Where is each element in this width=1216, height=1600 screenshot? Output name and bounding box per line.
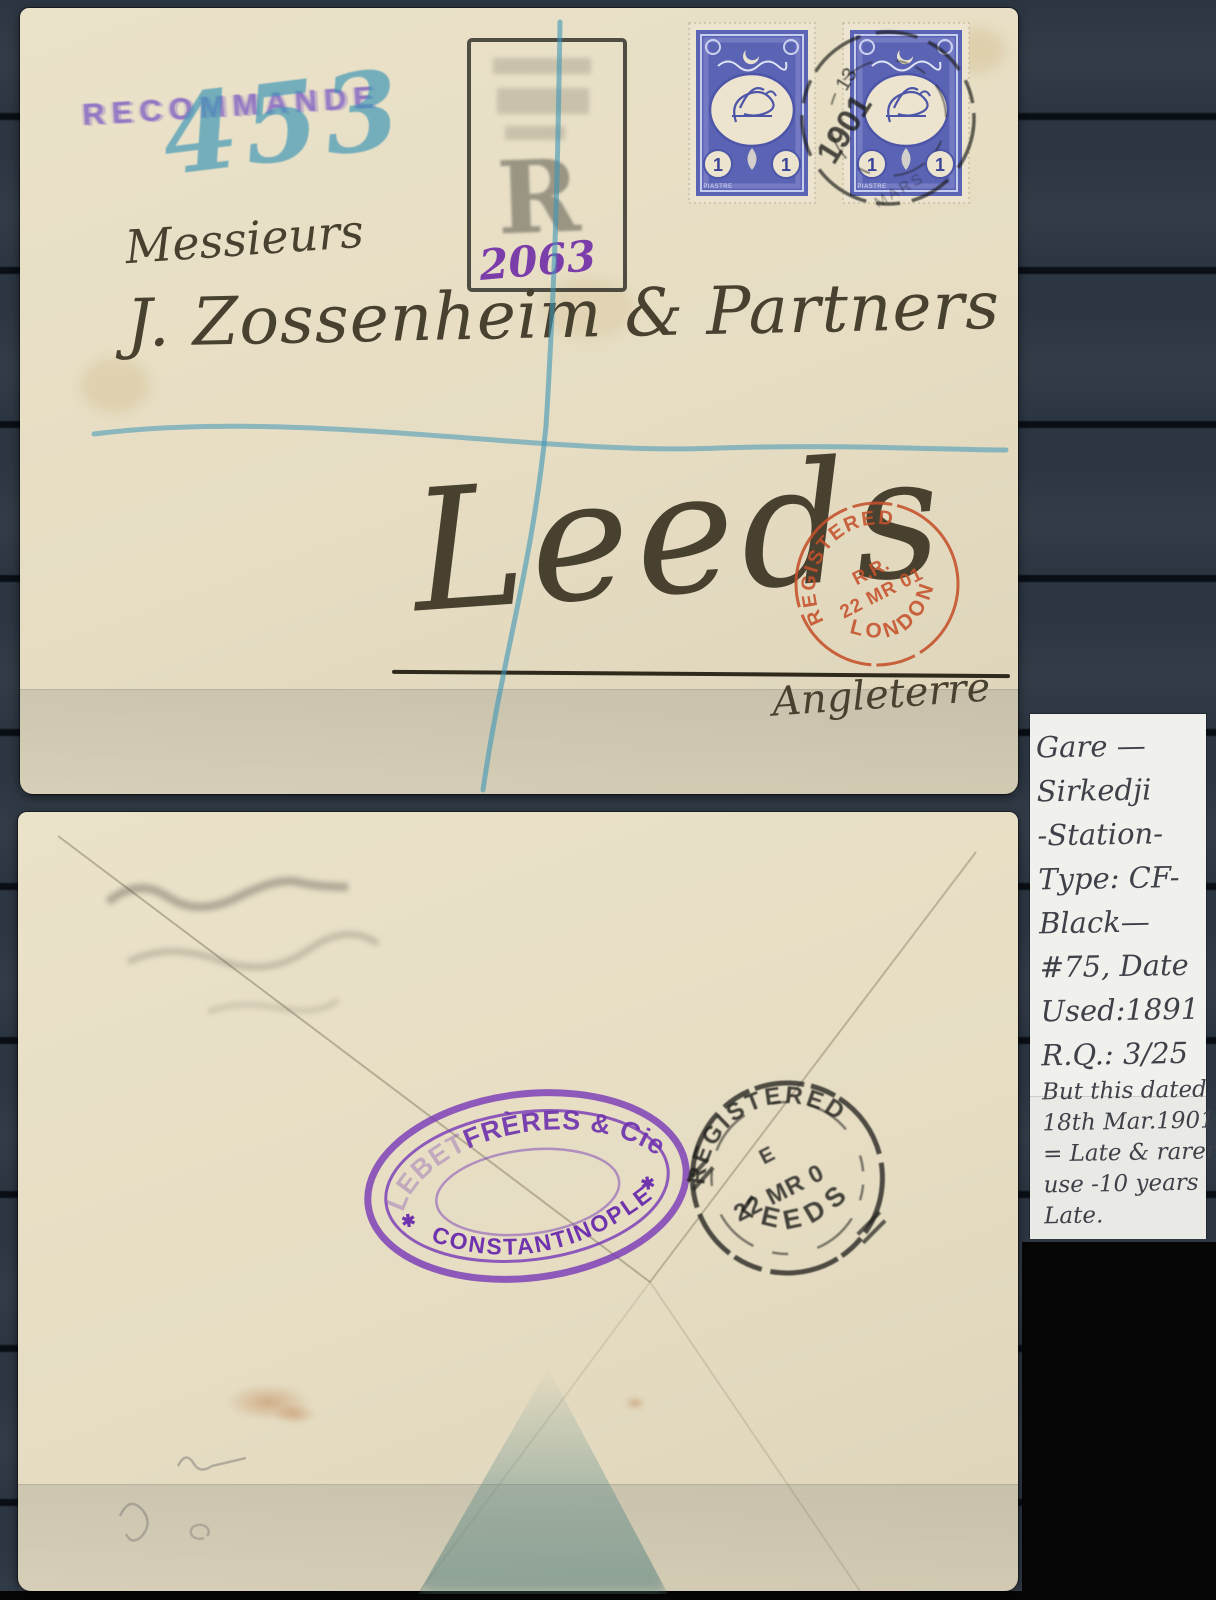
crayon-registration-number: 453	[155, 46, 412, 201]
stamp-pair: 1 1 PIASTRE	[688, 22, 970, 204]
faded-cachet-line	[497, 88, 589, 114]
faded-cachet-line	[493, 58, 591, 74]
svg-text:LEEDS: LEEDS	[734, 1166, 859, 1242]
cds-top-text: REGISTERED	[683, 1073, 853, 1197]
oval-star-left: ✱	[400, 1211, 416, 1232]
note-line: Type: CF-	[1038, 855, 1199, 902]
currency-label: PIASTRE	[857, 184, 886, 190]
rust-spot	[624, 1396, 646, 1410]
addressee-line: J. Zossenheim & Partners	[125, 267, 1000, 362]
oval-faded-word: LEBET	[373, 1126, 477, 1218]
toning-stain	[80, 358, 150, 413]
denomination: 1	[867, 155, 877, 175]
registration-box-cachet: R 2063	[467, 38, 627, 292]
cds-bottom-text: LEEDS	[734, 1166, 859, 1242]
note-line: Late.	[1044, 1199, 1205, 1233]
note-line: Black—	[1039, 899, 1200, 946]
note-line: But this dated	[1042, 1075, 1203, 1109]
note-line: = Late & rarer	[1043, 1137, 1204, 1171]
collector-note-card: Gare —Sirkedji-Station-Type: CF-Black—#7…	[1030, 714, 1206, 1238]
note-line: -Station-	[1037, 811, 1198, 858]
note-line: Gare —	[1036, 723, 1197, 770]
svg-text:CONSTANTINOPLE: CONSTANTINOPLE	[424, 1179, 663, 1271]
note-lines: Gare —Sirkedji-Station-Type: CF-Black—#7…	[1036, 723, 1205, 1233]
ink-offset-smudges	[88, 842, 468, 1052]
ottoman-stamp: 1 1 PIASTRE	[842, 22, 970, 204]
note-line: #75, Date	[1039, 943, 1200, 990]
rust-spot	[272, 1404, 316, 1424]
note-line: 18th Mar.1901	[1042, 1106, 1203, 1140]
cds-date: 22 MR 0	[730, 1159, 829, 1227]
envelope-back: LEBETFRÈRES & Cie CONSTANTINOPLE ✱ ✱ REG…	[18, 812, 1018, 1591]
cds-code: E	[756, 1142, 779, 1169]
note-line: use -10 years	[1043, 1168, 1204, 1202]
note-line: Used:1891	[1040, 987, 1201, 1034]
denomination: 1	[935, 155, 945, 175]
ottoman-stamp: 1 1 PIASTRE	[688, 22, 816, 204]
svg-text:LEBETFRÈRES & Cie: LEBETFRÈRES & Cie	[371, 1090, 677, 1218]
stockbook-photo: RECOMMANDE 453 R 2063	[0, 0, 1216, 1600]
note-line: Sirkedji	[1036, 767, 1197, 814]
svg-text:REGISTERED: REGISTERED	[683, 1073, 853, 1197]
destination-city: Leeds	[406, 418, 953, 651]
oval-company-name: FRÈRES & Cie	[458, 1090, 675, 1185]
salutation: Messieurs	[123, 204, 365, 275]
oval-star-right: ✱	[640, 1173, 656, 1194]
oval-city: CONSTANTINOPLE	[424, 1179, 663, 1271]
denomination: 1	[781, 155, 791, 175]
envelope-front: RECOMMANDE 453 R 2063	[20, 8, 1018, 794]
company-oval-handstamp: LEBETFRÈRES & Cie CONSTANTINOPLE ✱ ✱	[349, 1068, 704, 1303]
denomination: 1	[713, 155, 723, 175]
leeds-registered-postmark: REGISTERED LEEDS E 22 MR 0	[661, 1062, 914, 1304]
note-line: R.Q.: 3/25	[1041, 1031, 1202, 1078]
currency-label: PIASTRE	[703, 184, 732, 190]
background-black-panel	[1022, 1242, 1216, 1600]
